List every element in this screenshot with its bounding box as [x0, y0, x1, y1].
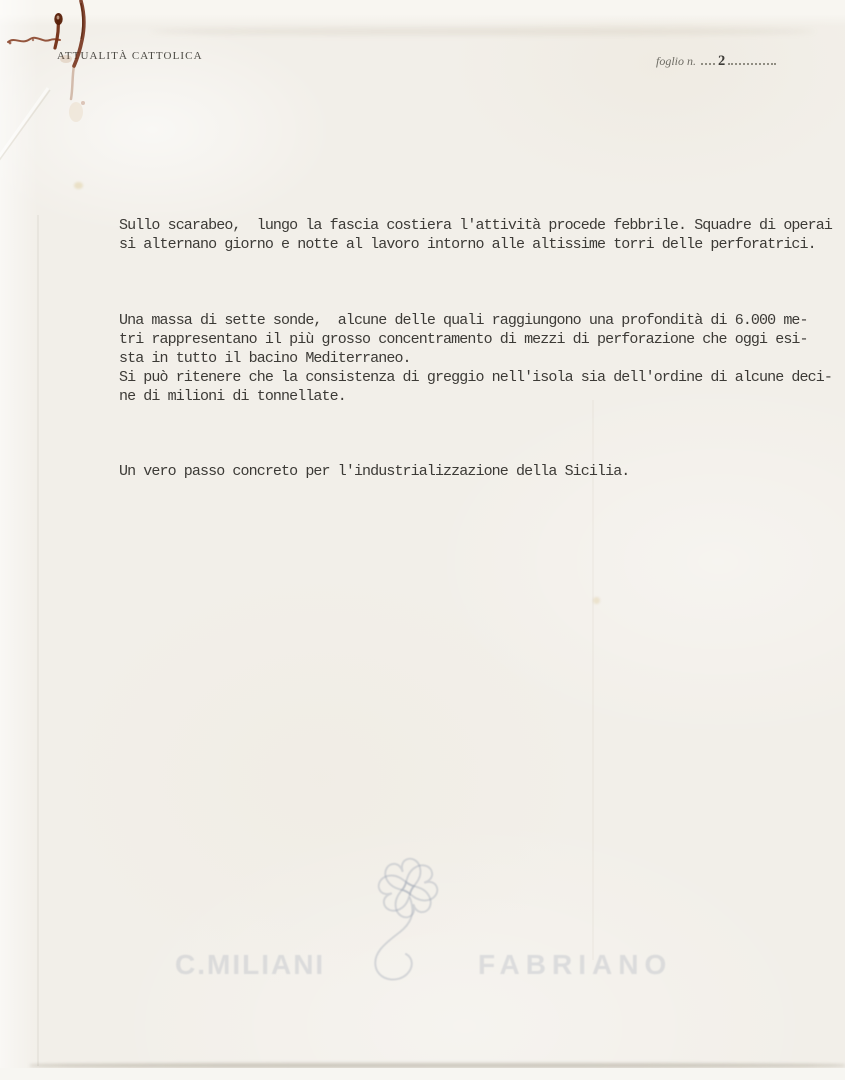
paper-stain-spot [593, 597, 600, 604]
rust-ink-marks [0, 0, 160, 190]
folio-dotted-line-trailing [728, 51, 776, 65]
paragraph-sicilia: Un vero passo concreto per l'industriali… [119, 462, 845, 481]
watermark-word-fabriano: FABRIANO [478, 949, 672, 981]
folio-dotted-line-leading [701, 51, 715, 65]
ink-squiggle [8, 38, 60, 45]
top-edge-shadow [150, 28, 815, 35]
diagonal-crease-highlight [0, 88, 48, 158]
paragraph-sonde: Una massa di sette sonde, alcune delle q… [119, 311, 845, 406]
clover-watermark-icon [348, 822, 466, 998]
paragraph-scarabeo: Sullo scarabeo, lungo la fascia costiera… [119, 216, 845, 254]
faint-smear [60, 55, 72, 63]
folio-number: 2 [715, 53, 728, 69]
watermark-word-miliani: C.MILIANI [175, 949, 325, 981]
vertical-crease [37, 215, 39, 1066]
folio-label: foglio n. [656, 54, 696, 68]
folio-field: foglio n.2 [656, 51, 776, 70]
typed-text-block: Sullo scarabeo, lungo la fascia costiera… [119, 178, 845, 538]
scanned-page: ATTUALITÀ CATTOLICA foglio n.2 Sullo sca… [0, 0, 845, 1080]
diagonal-crease [0, 90, 50, 162]
rust-pin-mark [54, 13, 62, 48]
bottom-paper-edge [0, 1068, 845, 1080]
rust-stroke [71, 1, 85, 105]
faint-stain [69, 102, 83, 122]
